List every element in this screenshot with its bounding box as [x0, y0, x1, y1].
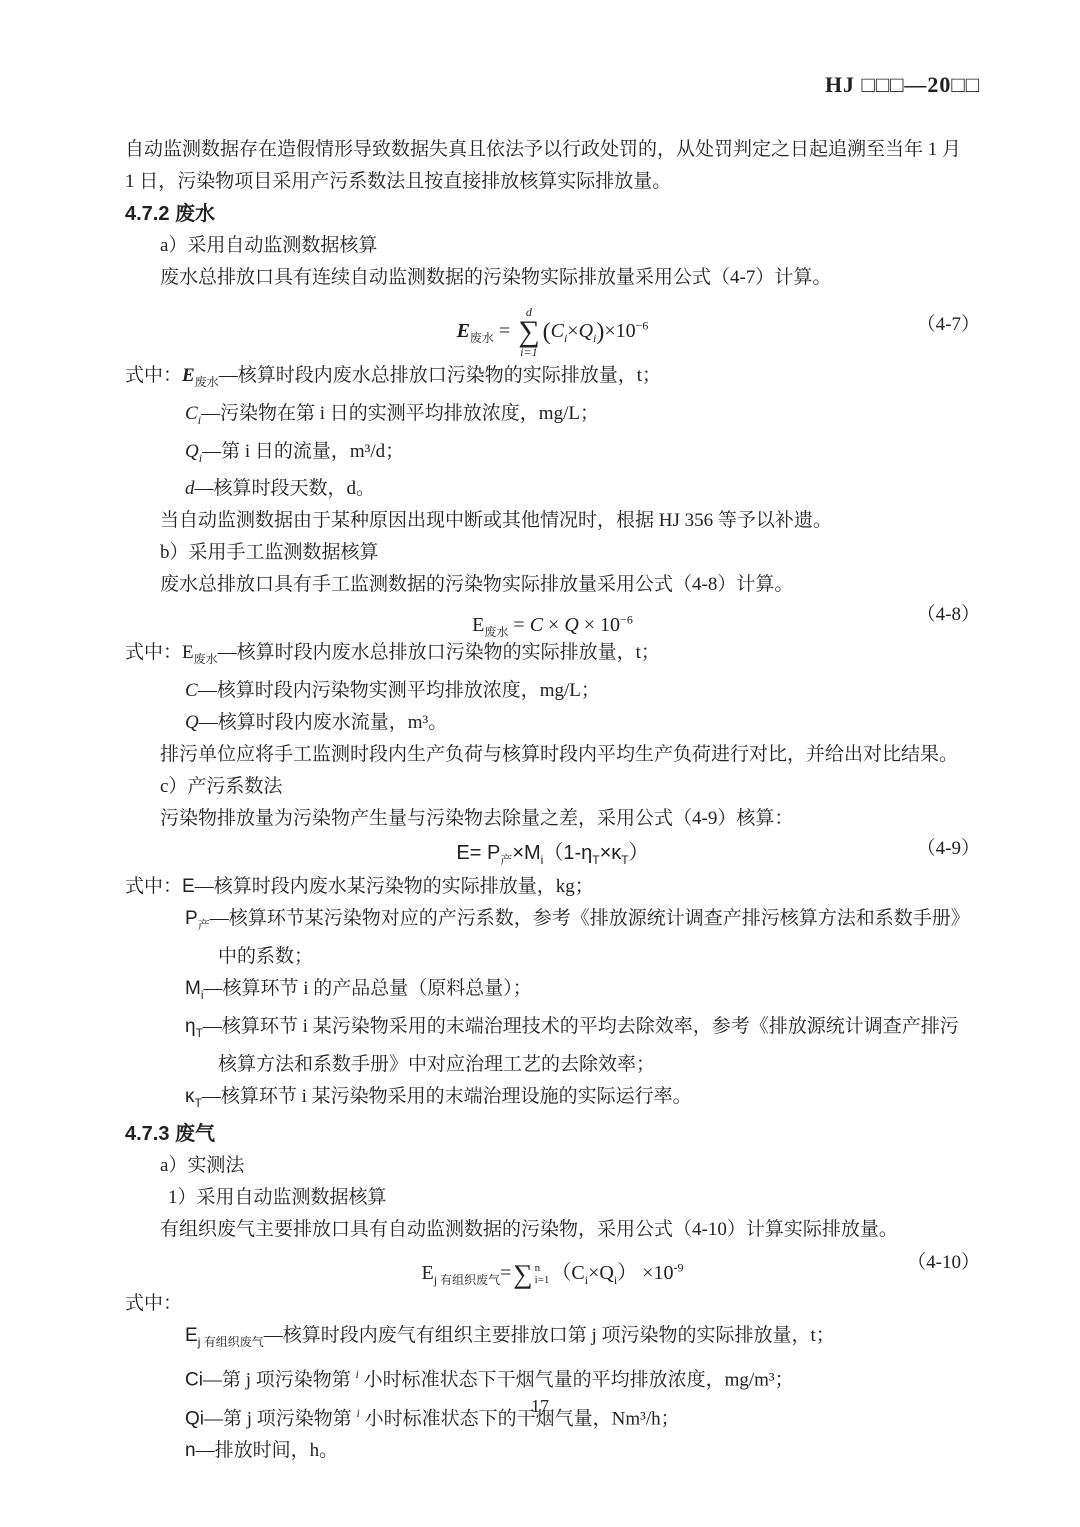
formula-4-8: E废水 = C × Q × 10−6 （4-8）	[125, 601, 980, 637]
definition-P-continuation: 中的系数；	[218, 941, 980, 973]
definition-Mi: Mi—核算环节 i 的产品总量（原料总量）；	[185, 973, 980, 1011]
list-item-a-wastewater: a）采用自动监测数据核算	[160, 230, 980, 262]
list-item-a-gas: a）实测法	[160, 1150, 980, 1182]
section-heading-473: 4.7.3 废气	[125, 1118, 980, 1150]
formula-4-10-expression: Ej 有组织废气=∑ni=1（Ci×Qi） ×10-9	[422, 1262, 684, 1284]
paragraph-coefficient-intro: 污染物排放量为污染物产生量与污染物去除量之差，采用公式（4-9）核算：	[160, 803, 980, 835]
definition-n: n—排放时间，h。	[185, 1435, 980, 1467]
formula-4-9-expression: E= P产×Mi（1-ηT×κT）	[456, 842, 648, 864]
definition-P: P产—核算环节某污染物对应的产污系数，参考《排放源统计调查产排污核算方法和系数手…	[185, 903, 980, 941]
equation-number-4-7: （4-7）	[917, 294, 980, 356]
definition-Ci: Ci—污染物在第 i 日的实测平均排放浓度，mg/L；	[185, 398, 980, 436]
equation-number-4-9: （4-9）	[917, 831, 980, 867]
equation-number-4-8: （4-8）	[917, 597, 980, 633]
paragraph-auto-monitoring-intro: 废水总排放口具有连续自动监测数据的污染物实际排放量采用公式（4-7）计算。	[160, 262, 980, 294]
list-item-1-gas: 1）采用自动监测数据核算	[168, 1182, 980, 1214]
definition-Ci-gas: Ci—第 j 项污染物第 i 小时标准状态下干烟气量的平均排放浓度，mg/m³；	[185, 1358, 980, 1396]
paragraph-manual-monitoring-intro: 废水总排放口具有手工监测数据的污染物实际排放量采用公式（4-8）计算。	[160, 569, 980, 601]
definition-E-wastewater-47: 式中：E废水—核算时段内废水总排放口污染物的实际排放量，t；	[125, 360, 980, 398]
formula-4-8-expression: E废水 = C × Q × 10−6	[472, 614, 633, 636]
intro-line-2: 1 日，污染物项目采用产污系数法且按直接排放核算实际排放量。	[125, 166, 980, 198]
paragraph-data-gap-note: 当自动监测数据由于某种原因出现中断或其他情况时，根据 HJ 356 等予以补遗。	[160, 505, 980, 537]
document-page: HJ □□□—20□□ 自动监测数据存在造假情形导致数据失真且依法予以行政处罚的…	[0, 0, 1080, 1527]
definition-d: d—核算时段天数，d。	[185, 473, 980, 505]
intro-line-1: 自动监测数据存在造假情形导致数据失真且依法予以行政处罚的，从处罚判定之日起追溯至…	[125, 134, 980, 166]
equation-number-4-10: （4-10）	[907, 1242, 980, 1284]
paragraph-gas-auto-intro: 有组织废气主要排放口具有自动监测数据的污染物，采用公式（4-10）计算实际排放量…	[160, 1214, 980, 1246]
definition-Ej-gas: Ej 有组织废气—核算时段内废气有组织主要排放口第 j 项污染物的实际排放量，t…	[185, 1320, 980, 1358]
summation-symbol: ∑ni=1	[513, 1261, 549, 1288]
definition-E-wastewater-48: 式中：E废水—核算时段内废水总排放口污染物的实际排放量，t；	[125, 637, 980, 675]
summation-symbol: d∑i=1	[518, 306, 539, 359]
list-item-c-wastewater: c）产污系数法	[160, 771, 980, 803]
document-body: 自动监测数据存在造假情形导致数据失真且依法予以行政处罚的，从处罚判定之日起追溯至…	[125, 134, 980, 1467]
section-heading-472: 4.7.2 废水	[125, 198, 980, 230]
formula-4-9: E= P产×Mi（1-ηT×κT） （4-9）	[125, 835, 980, 871]
formula-4-7: E废水 = d∑i=1(Ci×Qi)×10−6 （4-7）	[125, 294, 980, 360]
definition-eta-continuation: 核算方法和系数手册》中对应治理工艺的去除效率；	[218, 1049, 980, 1081]
page-number: 17	[0, 1396, 1080, 1417]
definition-kappa: κT—核算环节 i 某污染物采用的末端治理设施的实际运行率。	[185, 1081, 980, 1119]
definition-E-49: 式中：E—核算时段内废水某污染物的实际排放量，kg；	[125, 871, 980, 903]
doc-code-header: HJ □□□—20□□	[825, 72, 980, 98]
formula-4-7-expression: E废水 = d∑i=1(Ci×Qi)×10−6	[457, 320, 649, 342]
definition-C: C—核算时段内污染物实测平均排放浓度，mg/L；	[185, 675, 980, 707]
definition-Q: Q—核算时段内废水流量，m³。	[185, 707, 980, 739]
paragraph-load-comparison-note: 排污单位应将手工监测时段内生产负荷与核算时段内平均生产负荷进行对比，并给出对比结…	[160, 739, 980, 771]
list-item-b-wastewater: b）采用手工监测数据核算	[160, 537, 980, 569]
formula-4-10: Ej 有组织废气=∑ni=1（Ci×Qi） ×10-9 （4-10）	[125, 1246, 980, 1288]
shizhong-label: 式中：	[125, 1288, 980, 1320]
definition-Qi: Qi—第 i 日的流量，m³/d；	[185, 436, 980, 474]
definition-eta: ηT—核算环节 i 某污染物采用的末端治理技术的平均去除效率，参考《排放源统计调…	[185, 1011, 980, 1049]
